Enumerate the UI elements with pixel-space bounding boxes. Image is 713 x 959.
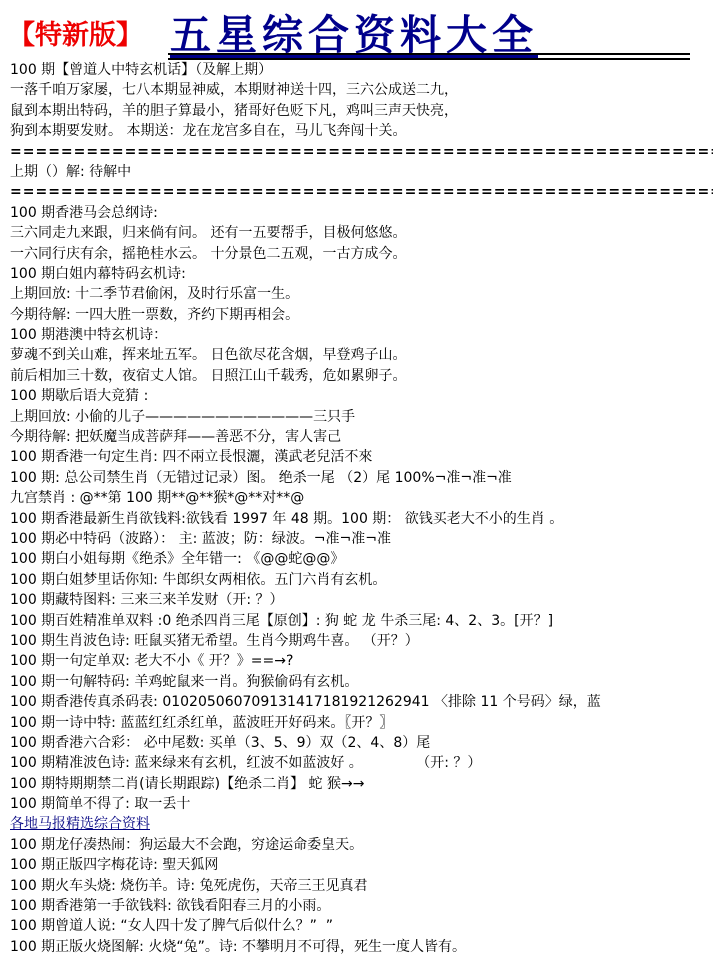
text-line: 100 期香港最新生肖欲钱料:欲钱看 1997 年 48 期。100 期： 欲钱…	[10, 509, 713, 529]
text-line: 100 期一句解特码: 羊鸡蛇鼠来一肖。狗猴偷码有玄机。	[10, 672, 713, 692]
text-line: 100 期香港六合彩： 必中尾数: 买单（3、5、9）双（2、4、8）尾	[10, 733, 713, 753]
page-header: 【特新版】 五星综合资料大全	[0, 0, 713, 60]
text-line: 一六同行庆有余，摇艳桂水云。 十分景色二五观，一古方成今。	[10, 244, 713, 264]
text-line: 上期回放: 十二季节君偷闲，及时行乐富一生。	[10, 284, 713, 304]
text-line: 100 期港澳中特玄机诗：	[10, 325, 713, 345]
separator-line: ========================================…	[10, 142, 713, 162]
page: 【特新版】 五星综合资料大全 100 期【曾道人中特玄机话】（及解上期）一落千咱…	[0, 0, 713, 959]
text-line: 100 期香港一句定生肖: 四不兩立長恨灑，漢武老兒活不來	[10, 447, 713, 467]
new-version-badge: 【特新版】	[8, 13, 143, 52]
text-line: 萝魂不到关山难，挥来址五军。 日色欲尽花含烟，早登鸡子山。	[10, 345, 713, 365]
text-line: 100 期生肖波色诗: 旺鼠买猪无希望。生肖今期鸡牛喜。 （开？）	[10, 631, 713, 651]
text-line: 100 期藏特图料: 三来三来羊发财（开: ？）	[10, 590, 713, 610]
text-line: 100 期香港传真杀码表: 01020506070913141718192126…	[10, 692, 713, 712]
text-line: 上期（）解: 待解中	[10, 162, 713, 182]
text-line: 100 期香港第一手欲钱料: 欲钱看阳春三月的小雨。	[10, 896, 713, 916]
section-link[interactable]: 各地马报精选综合资料	[10, 814, 713, 834]
text-line: 100 期白小姐每期《绝杀》全年错一: 《@@蛇@@》	[10, 549, 713, 569]
text-line: 100 期曾道人说: “女人四十发了脾气后似什么？” ”	[10, 916, 713, 936]
text-line: 100 期正版火烧图解: 火烧“兔”。诗: 不攀明月不可得，死生一度人皆有。	[10, 937, 713, 957]
text-line: 100 期【曾道人中特玄机话】（及解上期）	[10, 60, 713, 80]
text-line: 100 期香港马会总纲诗:	[10, 203, 713, 223]
text-line: 前后相加三十数，夜宿丈人馆。 日照江山千载秀，危如累卵子。	[10, 366, 713, 386]
text-line: 100 期白姐梦里话你知: 牛郎织女两相依。五门六肖有玄机。	[10, 570, 713, 590]
text-line: 上期回放: 小偷的儿子————————————三只手	[10, 407, 713, 427]
text-line: 100 期: 总公司禁生肖（无错过记录）图。 绝杀一尾 （2）尾 100%¬准¬…	[10, 468, 713, 488]
text-line: 鼠到本期出特码，羊的胆子算最小，猪哥好色贬下凡，鸡叫三声天快亮，	[10, 101, 713, 121]
text-line: 100 期百姓精准单双料 :0 绝杀四肖三尾【原创】: 狗 蛇 龙 牛杀三尾: …	[10, 611, 713, 631]
text-line: 一落千咱万家屡，七八本期显神威，本期财神送十四，三六公成送二九，	[10, 80, 713, 100]
text-line: 九宫禁肖 : @**第 100 期**@**猴*@**对**@	[10, 488, 713, 508]
text-line: 100 期必中特码（波路）： 主: 蓝波；防：绿波。¬准¬准¬准	[10, 529, 713, 549]
text-line: 100 期白姐内幕特码玄机诗:	[10, 264, 713, 284]
text-line: 100 期火车头烧: 烧伤羊。诗: 兔死虎伤，天帝三王见真君	[10, 876, 713, 896]
text-line: 100 期简单不得了: 取一丢十	[10, 794, 713, 814]
text-line: 今期待解: 一四大胜一票数，齐约下期再相会。	[10, 305, 713, 325]
text-line: 100 期一句定单双: 老大不小《 开？》==→?	[10, 651, 713, 671]
text-line: 100 期一诗中特: 蓝蓝红红杀红单，蓝波旺开好码来。〖开？〗	[10, 713, 713, 733]
text-line: 100 期精准波色诗: 蓝来绿来有玄机，红波不如蓝波好 。 （开: ？）	[10, 753, 713, 773]
text-line: 今期待解: 把妖魔当成菩萨拜——善恶不分，害人害己	[10, 427, 713, 447]
text-line: 100 期龙仔凑热闹：狗运最大不会跑，穷途运命委皇天。	[10, 835, 713, 855]
text-line: 100 期特期期禁二肖(请长期跟踪)【绝杀二肖】 蛇 猴→→	[10, 774, 713, 794]
text-line: 100 期歇后语大竞猜 :	[10, 386, 713, 406]
text-line: 三六同走九来跟，归来倘有问。 还有一五要帮手，目极何悠悠。	[10, 223, 713, 243]
separator-line: ========================================…	[10, 182, 713, 202]
text-line: 狗到本期要发财。 本期送：龙在龙宫多自在，马儿飞奔闯十关。	[10, 121, 713, 141]
content-lines: 100 期【曾道人中特玄机话】（及解上期）一落千咱万家屡，七八本期显神威，本期财…	[0, 60, 713, 957]
text-line: 100 期正版四字梅花诗: 聖天狐网	[10, 855, 713, 875]
title-divider-rule	[168, 53, 690, 60]
